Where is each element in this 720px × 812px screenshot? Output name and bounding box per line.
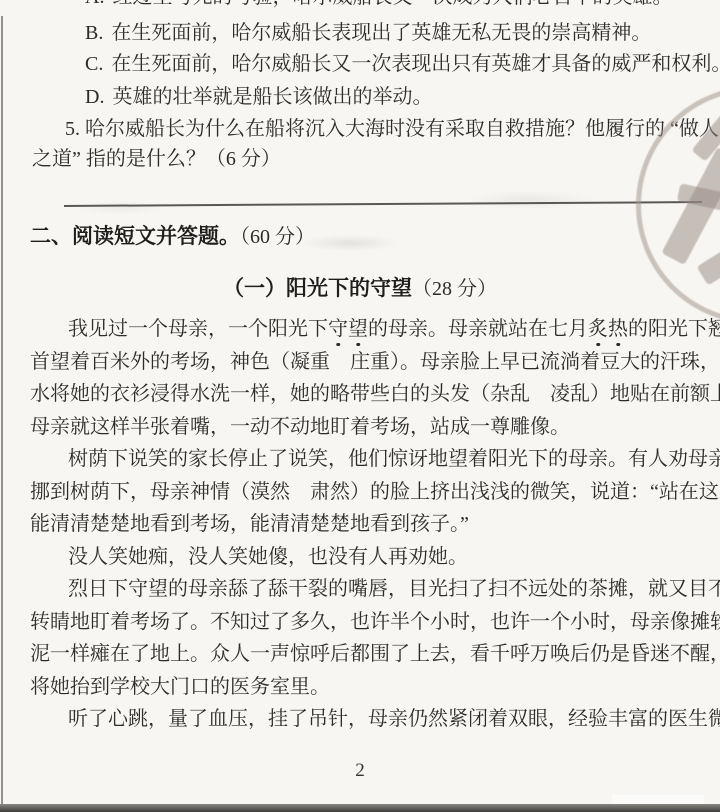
emphasized-char: 望	[348, 318, 368, 340]
option-a-text: 经过生与死的考验，哈尔威船长又一次成为人们心目中的英雄。	[112, 0, 672, 8]
section-heading-text: 二、阅读短文并答题。	[30, 225, 240, 248]
section-heading: 二、阅读短文并答题。（60 分）	[30, 226, 315, 248]
passage-line: 将她抬到学校大门口的医务室里。	[30, 676, 330, 698]
answer-line	[64, 201, 702, 207]
passage-line: 母亲就这样半张着嘴，一动不动地盯着考场，站成一尊雕像。	[30, 416, 570, 438]
section-heading-score: （60 分）	[240, 226, 315, 248]
option-a: A.经过生与死的考验，哈尔威船长又一次成为人们心目中的英雄。	[85, 0, 672, 8]
option-b-label: B.	[85, 22, 111, 44]
stamp-stroke-icon	[677, 183, 720, 214]
passage-line: 转睛地盯着考场了。不知过了多久，也许半个小时，也许一个小时，母亲像摊软	[30, 611, 720, 633]
scan-bottom-edge	[0, 804, 720, 812]
option-b: B.在生死面前，哈尔威船长表现出了英雄无私无畏的崇高精神。	[85, 22, 651, 44]
passage-line: 树荫下说笑的家长停止了说笑，他们惊讶地望着阳光下的母亲。有人劝母亲	[68, 448, 720, 470]
passage-line: 挪到树荫下，母亲神情（漠然 肃然）的脸上挤出浅浅的微笑，说道：“站在这里	[30, 481, 720, 503]
passage-line: 水将她的衣衫浸得水洗一样，她的略带些白的头发（杂乱 凌乱）地贴在前额上。	[30, 383, 720, 405]
passage-line: 烈日下守望的母亲舔了舔干裂的嘴唇，目光扫了扫不远处的茶摊，就又目不	[68, 578, 720, 600]
emphasized-char: 守	[328, 318, 348, 340]
passage-line: 能清清楚楚地看到考场，能清清楚楚地看到孩子。”	[30, 513, 469, 535]
passage-title-score: （28 分）	[412, 278, 497, 300]
emphasized-char: 炙	[588, 318, 608, 340]
stamp-stroke-icon	[697, 209, 720, 286]
scan-left-edge	[1, 16, 3, 812]
question-5-line-1: 5. 哈尔威船长为什么在船将沉入大海时没有采取自救措施？他履行的 “做人	[65, 118, 719, 140]
passage-line: 泥一样瘫在了地上。众人一声惊呼后都围了上去，看千呼万唤后仍是昏迷不醒，便	[30, 643, 720, 665]
passage-line: 没人笑她痴，没人笑她傻，也没有人再劝她。	[68, 546, 468, 568]
option-c: C.在生死面前，哈尔威船长又一次表现出只有英雄才具备的威严和权利。	[85, 53, 720, 75]
option-d-text: 英雄的壮举就是船长该做出的举动。	[112, 86, 432, 108]
passage-line: 我见过一个母亲，一个阳光下守望的母亲。母亲就站在七月炙热的阳光下翘	[68, 318, 720, 340]
passage-line: 首望着百米外的考场，神色（凝重 庄重）。母亲脸上早已流淌着豆大的汗珠，汗	[30, 351, 720, 373]
passage-line: 听了心跳，量了血压，挂了吊针，母亲仍然紧闭着双眼，经验丰富的医生微	[68, 708, 720, 730]
option-d-label: D.	[85, 86, 112, 108]
passage-title-text: （一）阳光下的守望	[223, 277, 412, 300]
page-number: 2	[0, 760, 720, 782]
option-c-label: C.	[85, 53, 111, 75]
option-c-text: 在生死面前，哈尔威船长又一次表现出只有英雄才具备的威严和权利。	[111, 53, 720, 75]
passage-title: （一）阳光下的守望（28 分）	[0, 278, 720, 300]
emphasized-char: 热	[608, 318, 628, 340]
question-5-line-2: 之道” 指的是什么？（6 分）	[32, 148, 281, 170]
scanned-exam-page: A.经过生与死的考验，哈尔威船长又一次成为人们心目中的英雄。 B.在生死面前，哈…	[0, 0, 720, 812]
option-a-label: A.	[85, 0, 112, 8]
option-b-text: 在生死面前，哈尔威船长表现出了英雄无私无畏的崇高精神。	[111, 22, 651, 44]
option-d: D.英雄的壮举就是船长该做出的举动。	[85, 86, 432, 108]
stamp-stroke-icon	[661, 147, 720, 265]
